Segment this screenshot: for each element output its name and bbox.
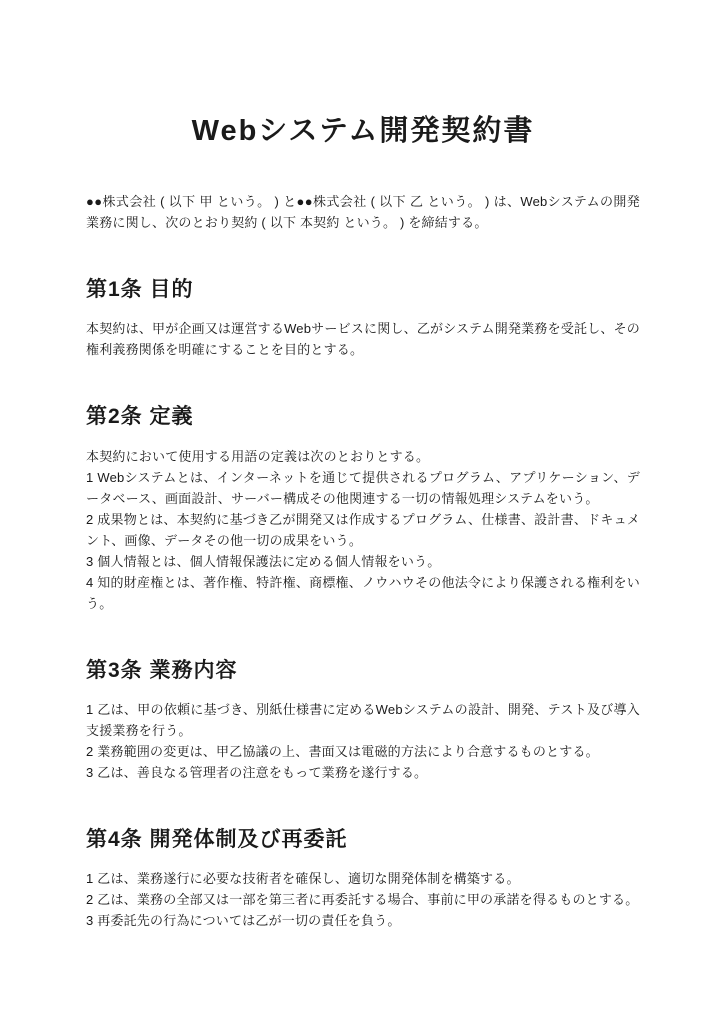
article-1-paragraph: 本契約は、甲が企画又は運営するWebサービスに関し、乙がシステム開発業務を受託し…	[86, 318, 640, 360]
article-4-heading: 第4条 開発体制及び再委託	[86, 826, 640, 853]
article-4-item-1: 1 乙は、業務遂行に必要な技術者を確保し、適切な開発体制を構築する。	[86, 868, 640, 889]
contract-document-page: Webシステム開発契約書 ●●株式会社 ( 以下 甲 という。 ) と●●株式会…	[0, 0, 724, 1024]
preamble-text: ●●株式会社 ( 以下 甲 という。 ) と●●株式会社 ( 以下 乙 という。…	[86, 191, 640, 233]
article-3-item-1: 1 乙は、甲の依頼に基づき、別紙仕様書に定めるWebシステムの設計、開発、テスト…	[86, 699, 640, 741]
article-1-heading: 第1条 目的	[86, 276, 640, 303]
article-2-item-3: 3 個人情報とは、個人情報保護法に定める個人情報をいう。	[86, 551, 640, 572]
article-2: 第2条 定義 本契約において使用する用語の定義は次のとおりとする。 1 Webシ…	[86, 403, 640, 613]
article-3: 第3条 業務内容 1 乙は、甲の依頼に基づき、別紙仕様書に定めるWebシステムの…	[86, 657, 640, 783]
article-2-item-1: 1 Webシステムとは、インターネットを通じて提供されるプログラム、アプリケーシ…	[86, 467, 640, 509]
article-4-item-3: 3 再委託先の行為については乙が一切の責任を負う。	[86, 910, 640, 931]
article-1: 第1条 目的 本契約は、甲が企画又は運営するWebサービスに関し、乙がシステム開…	[86, 276, 640, 360]
article-3-heading: 第3条 業務内容	[86, 657, 640, 684]
article-2-intro-paragraph: 本契約において使用する用語の定義は次のとおりとする。	[86, 446, 640, 467]
article-2-item-2: 2 成果物とは、本契約に基づき乙が開発又は作成するプログラム、仕様書、設計書、ド…	[86, 509, 640, 551]
article-4: 第4条 開発体制及び再委託 1 乙は、業務遂行に必要な技術者を確保し、適切な開発…	[86, 826, 640, 931]
article-3-item-2: 2 業務範囲の変更は、甲乙協議の上、書面又は電磁的方法により合意するものとする。	[86, 741, 640, 762]
document-title: Webシステム開発契約書	[86, 112, 640, 151]
article-2-item-4: 4 知的財産権とは、著作権、特許権、商標権、ノウハウその他法令により保護される権…	[86, 572, 640, 614]
article-4-item-2: 2 乙は、業務の全部又は一部を第三者に再委託する場合、事前に甲の承諾を得るものと…	[86, 889, 640, 910]
article-2-heading: 第2条 定義	[86, 403, 640, 430]
article-3-item-3: 3 乙は、善良なる管理者の注意をもって業務を遂行する。	[86, 762, 640, 783]
